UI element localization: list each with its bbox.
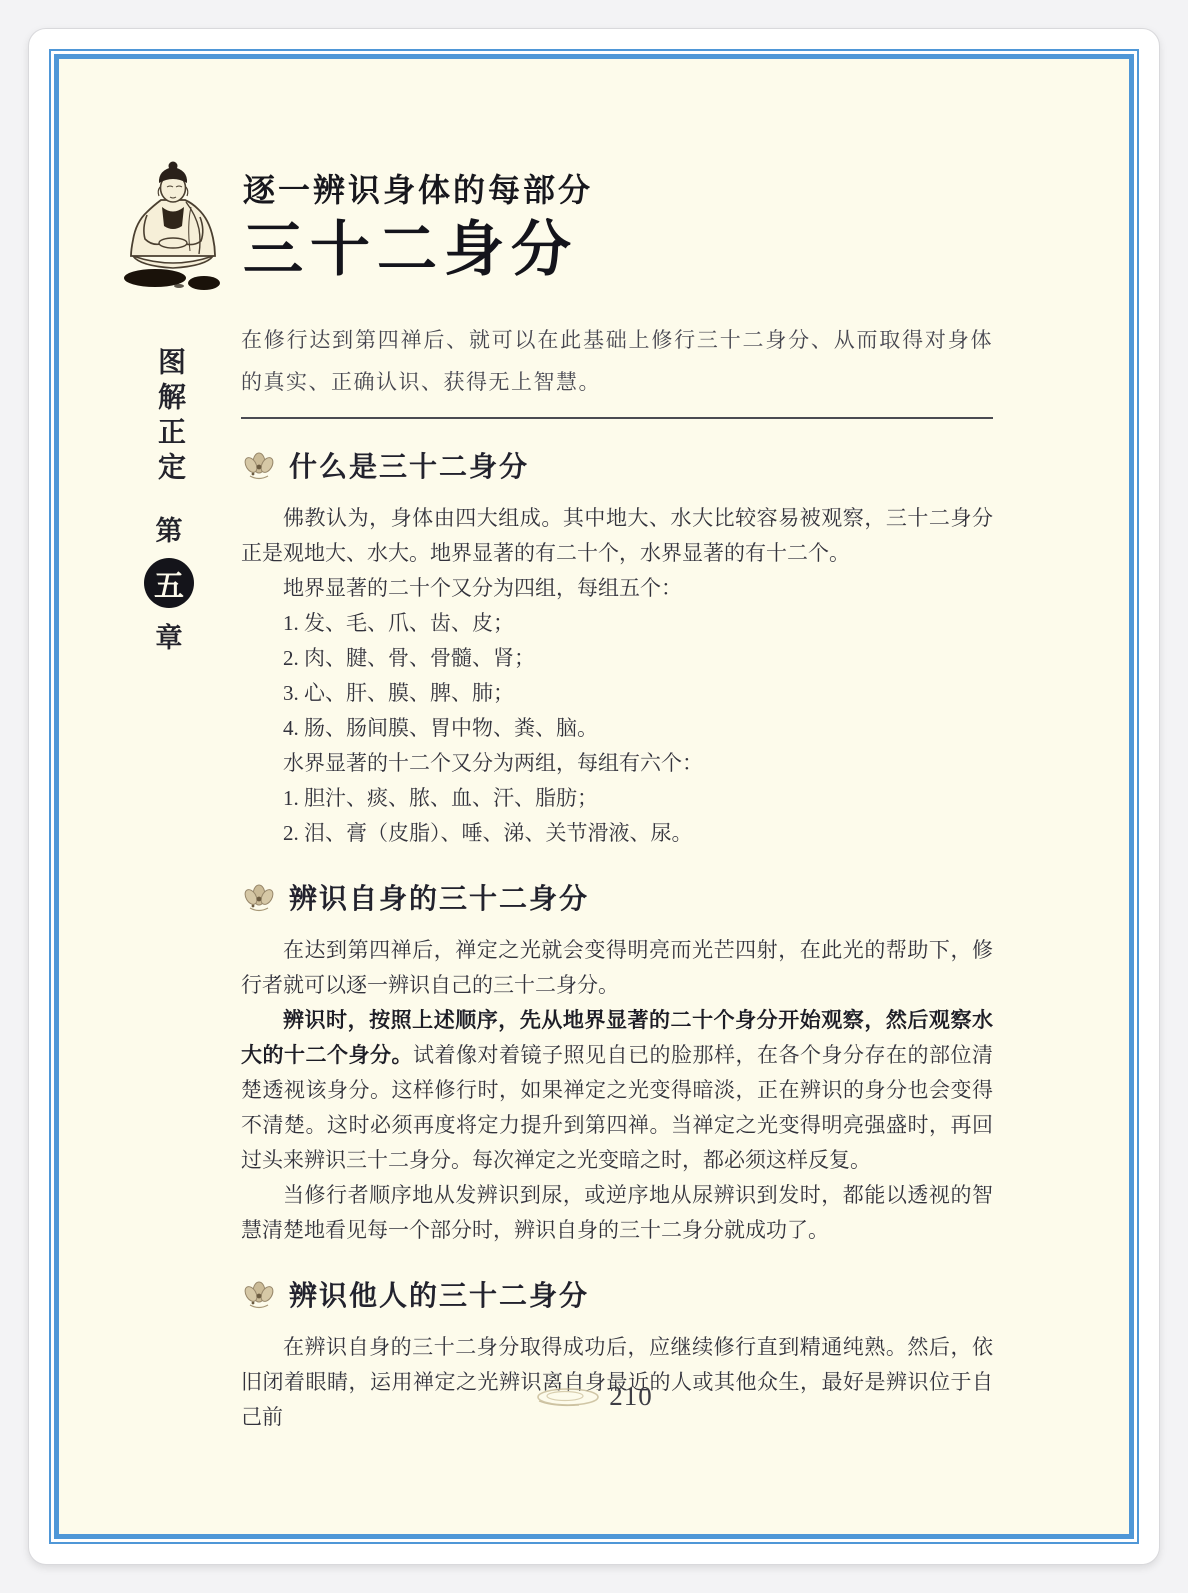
list-intro-line: 水界显著的十二个又分为两组，每组有六个： (241, 746, 993, 781)
section-heading-text: 辨识自身的三十二身分 (289, 877, 589, 917)
main-text-column: 在修行达到第四禅后、就可以在此基础上修行三十二身分、从而取得对身体的真实、正确认… (241, 319, 993, 1435)
section-heading-2: 辨识自身的三十二身分 (241, 877, 993, 917)
paragraph-with-bold-lead: 辨识时，按照上述顺序，先从地界显著的二十个身分开始观察，然后观察水大的十二个身分… (241, 1003, 993, 1178)
lotus-icon (241, 880, 277, 914)
list-item: 2. 肉、腱、骨、骨髓、肾； (241, 641, 993, 676)
paragraph: 在达到第四禅后，禅定之光就会变得明亮而光芒四射，在此光的帮助下，修行者就可以逐一… (241, 933, 993, 1003)
chapter-prefix: 第 (156, 509, 183, 548)
list-intro-line: 地界显著的二十个又分为四组，每组五个： (241, 571, 993, 606)
lotus-icon (241, 448, 277, 482)
page-border-outer: 逐一辨识身体的每部分 三十二身分 图解正定 第 五 章 在修行达到第四禅后、就可… (49, 49, 1139, 1544)
list-item: 4. 肠、肠间膜、胃中物、粪、脑。 (241, 711, 993, 746)
list-item: 1. 胆汁、痰、脓、血、汗、脂肪； (241, 781, 993, 816)
list-item: 3. 心、肝、膜、脾、肺； (241, 676, 993, 711)
list-item: 1. 发、毛、爪、齿、皮； (241, 606, 993, 641)
page-title: 三十二身分 (243, 219, 593, 282)
chapter-suffix: 章 (156, 616, 183, 655)
list-item: 2. 泪、膏（皮脂）、唾、涕、关节滑液、尿。 (241, 816, 993, 851)
book-page: 逐一辨识身体的每部分 三十二身分 图解正定 第 五 章 在修行达到第四禅后、就可… (28, 28, 1160, 1565)
lotus-icon (241, 1277, 277, 1311)
chapter-sidebar: 图解正定 第 五 章 (147, 347, 191, 655)
paragraph: 当修行者顺序地从发辨识到尿，或逆序地从尿辨识到发时，都能以透视的智慧清楚地看见每… (241, 1178, 993, 1248)
page-subtitle: 逐一辨识身体的每部分 (243, 165, 593, 211)
page-footer: 210 (59, 1381, 1129, 1412)
page-number: 210 (609, 1381, 653, 1412)
section-heading-1: 什么是三十二身分 (241, 445, 993, 485)
chapter-intro: 在修行达到第四禅后、就可以在此基础上修行三十二身分、从而取得对身体的真实、正确认… (241, 319, 993, 403)
section-heading-3: 辨识他人的三十二身分 (241, 1274, 993, 1314)
section-heading-text: 辨识他人的三十二身分 (289, 1274, 589, 1314)
page-header: 逐一辨识身体的每部分 三十二身分 (243, 165, 593, 282)
ink-swirl-icon (535, 1385, 601, 1409)
paragraph: 佛教认为，身体由四大组成。其中地大、水大比较容易被观察，三十二身分正是观地大、水… (241, 501, 993, 571)
page-content-area: 逐一辨识身体的每部分 三十二身分 图解正定 第 五 章 在修行达到第四禅后、就可… (54, 54, 1134, 1539)
intro-divider (241, 417, 993, 419)
section-heading-text: 什么是三十二身分 (289, 445, 529, 485)
buddha-illustration-icon (103, 155, 243, 295)
chapter-number-badge: 五 (144, 558, 194, 608)
series-title: 图解正定 (149, 347, 189, 487)
